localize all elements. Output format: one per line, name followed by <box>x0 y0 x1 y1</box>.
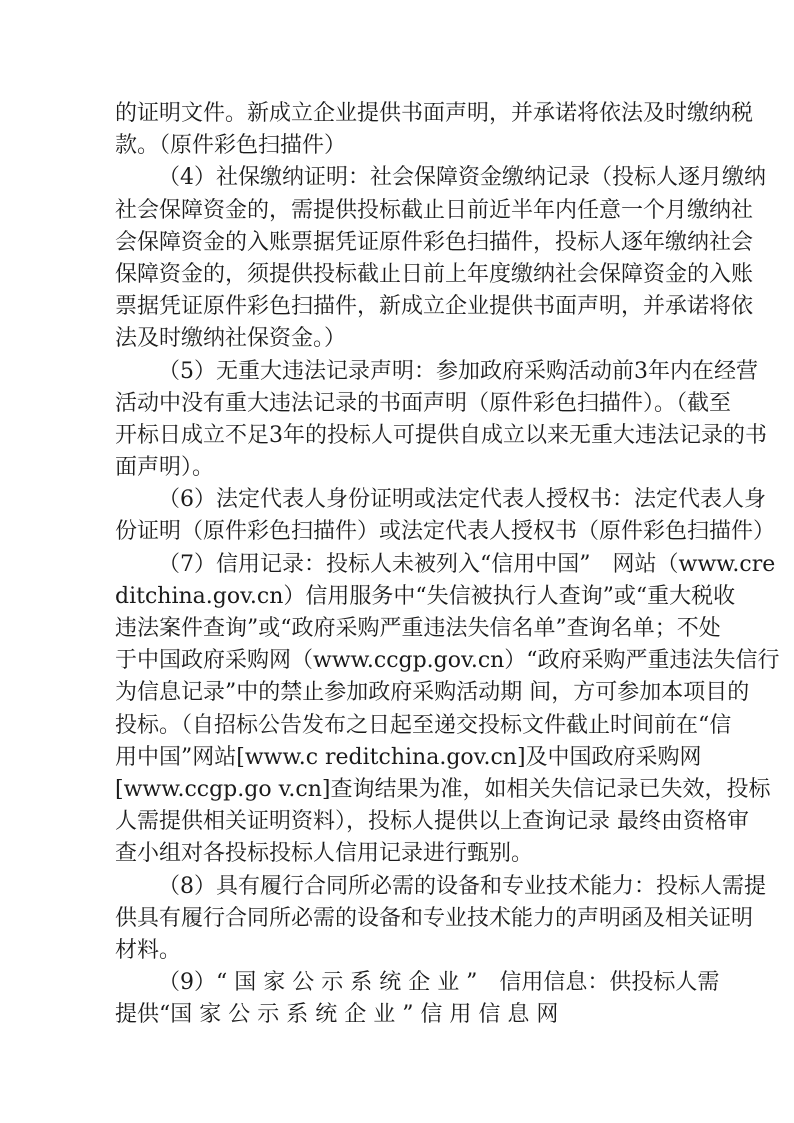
text-line: 于中国政府采购网（www.ccgp.gov.cn）“政府采购严重违法失信行 <box>115 645 695 677</box>
text-line: （7）信用记录：投标人未被列入“信用中国” 网站（www.cre <box>115 549 695 581</box>
text-line: 违法案件查询”或“政府采购严重违法失信名单”查询名单；不处 <box>115 613 695 645</box>
text-line: 供具有履行合同所必需的设备和专业技术能力的声明函及相关证明 <box>115 903 695 935</box>
text-line: 法及时缴纳社保资金。） <box>115 323 695 355</box>
text-line: （4）社保缴纳证明：社会保障资金缴纳记录（投标人逐月缴纳 <box>115 162 695 194</box>
text-line: 会保障资金的入账票据凭证原件彩色扫描件，投标人逐年缴纳社会 <box>115 227 695 259</box>
text-line: 提供“国 家 公 示 系 统 企 业 ” 信 用 信 息 网 <box>115 999 695 1031</box>
text-line: 开标日成立不足3年的投标人可提供自成立以来无重大违法记录的书 <box>115 420 695 452</box>
text-line: 活动中没有重大违法记录的书面声明（原件彩色扫描件）。（截至 <box>115 388 695 420</box>
text-line: 面声明）。 <box>115 452 695 484</box>
text-line: 投标。（自招标公告发布之日起至递交投标文件截止时间前在“信 <box>115 710 695 742</box>
text-line: （5）无重大违法记录声明：参加政府采购活动前3年内在经营 <box>115 356 695 388</box>
text-line: 查小组对各投标投标人信用记录进行甄别。 <box>115 838 695 870</box>
text-line: 为信息记录”中的禁止参加政府采购活动期 间，方可参加本项目的 <box>115 677 695 709</box>
text-line: 票据凭证原件彩色扫描件，新成立企业提供书面声明，并承诺将依 <box>115 291 695 323</box>
text-line: [www.ccgp.go v.cn]查询结果为准，如相关失信记录已失效，投标 <box>115 774 695 806</box>
text-line: 款。（原件彩色扫描件） <box>115 130 695 162</box>
text-line: （6）法定代表人身份证明或法定代表人授权书：法定代表人身 <box>115 484 695 516</box>
text-line: 的证明文件。新成立企业提供书面声明，并承诺将依法及时缴纳税 <box>115 98 695 130</box>
text-line: 份证明（原件彩色扫描件）或法定代表人授权书（原件彩色扫描件） <box>115 516 695 548</box>
text-line: （8）具有履行合同所必需的设备和专业技术能力：投标人需提 <box>115 871 695 903</box>
text-line: 材料。 <box>115 935 695 967</box>
text-line: （9）“ 国 家 公 示 系 统 企 业 ” 信用信息：供投标人需 <box>115 967 695 999</box>
text-line: ditchina.gov.cn）信用服务中“失信被执行人查询”或“重大税收 <box>115 581 695 613</box>
text-line: 保障资金的，须提供投标截止日前上年度缴纳社会保障资金的入账 <box>115 259 695 291</box>
text-line: 人需提供相关证明资料），投标人提供以上查询记录 最终由资格审 <box>115 806 695 838</box>
text-line: 社会保障资金的，需提供投标截止日前近半年内任意一个月缴纳社 <box>115 195 695 227</box>
text-block: 的证明文件。新成立企业提供书面声明，并承诺将依法及时缴纳税款。（原件彩色扫描件）… <box>115 98 695 1031</box>
text-line: 用中国”网站[www.c reditchina.gov.cn]及中国政府采购网 <box>115 742 695 774</box>
document-page: 的证明文件。新成立企业提供书面声明，并承诺将依法及时缴纳税款。（原件彩色扫描件）… <box>0 0 794 1123</box>
